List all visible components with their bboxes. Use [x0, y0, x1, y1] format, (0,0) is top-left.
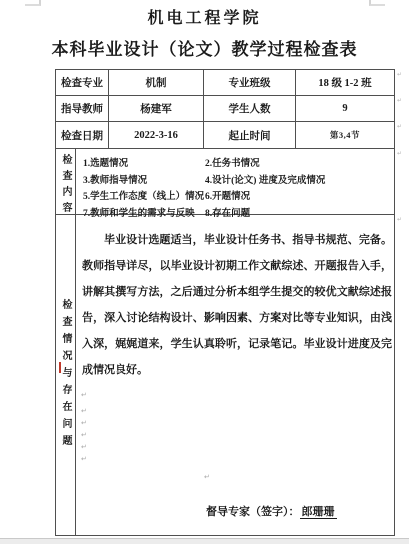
empty-line-mark: ↵ [81, 456, 87, 463]
empty-line-mark: ↵ [81, 432, 87, 439]
value-major-class: 18 级 1-2 班 [296, 70, 394, 96]
check-item-6: 6.开题情况 [205, 189, 394, 206]
label-advisor: 指导教师 [56, 96, 109, 122]
check-content-section: 检查内容 1.选题情况 2.任务书情况 3.教师指导情况 4.设计(论文) 进度… [56, 148, 394, 214]
value-check-major: 机制 [109, 70, 204, 96]
info-rows: 检查专业 机制 专业班级 18 级 1-2 班 指导教师 杨建军 学生人数 9 … [56, 70, 394, 148]
check-result-body: 毕业设计选题适当，毕业设计任务书、指导书规范、完备。教师指导详尽，以毕业设计初期… [76, 215, 394, 535]
empty-line-mark: ↵ [81, 392, 87, 399]
check-item-2: 2.任务书情况 [205, 156, 394, 173]
check-item-1: 1.选题情况 [83, 156, 205, 173]
signature-line: 督导专家（签字）：郎珊珊 [206, 503, 337, 519]
check-content-label-cell: 检查内容 [56, 149, 76, 222]
inspection-form-table: 检查专业 机制 专业班级 18 级 1-2 班 指导教师 杨建军 学生人数 9 … [55, 69, 395, 536]
signature-label: 督导专家（签字）： [206, 506, 300, 518]
form-title: 本科毕业设计（论文）教学过程检查表 [0, 35, 409, 60]
check-result-paragraph: 毕业设计选题适当，毕业设计任务书、指导书规范、完备。教师指导详尽，以毕业设计初期… [82, 227, 392, 383]
check-content-label: 检查内容 [58, 154, 73, 218]
check-item-3: 3.教师指导情况 [83, 173, 205, 190]
row-end-mark: ↵ [397, 97, 402, 104]
label-student-count: 学生人数 [204, 96, 296, 122]
label-major-class: 专业班级 [204, 70, 296, 96]
centered-line-mark: ↵ [204, 474, 210, 481]
row-end-mark: ↵ [397, 216, 402, 223]
document-header: 机电工程学院 本科毕业设计（论文）教学过程检查表 [0, 5, 409, 60]
check-result-section: 检查情况与存在问题 毕业设计选题适当，毕业设计任务书、指导书规范、完备。教师指导… [56, 214, 394, 535]
empty-line-mark: ↵ [81, 420, 87, 427]
row-end-mark: ↵ [397, 71, 402, 78]
check-content-items: 1.选题情况 2.任务书情况 3.教师指导情况 4.设计(论文) 进度及完成情况… [76, 149, 394, 222]
value-check-date: 2022-3-16 [109, 122, 204, 148]
label-check-date: 检查日期 [56, 122, 109, 148]
check-result-label: 检查情况与存在问题 [58, 299, 73, 452]
page-bottom-edge [0, 538, 409, 544]
signature-name: 郎珊珊 [300, 506, 337, 519]
check-item-5: 5.学生工作态度（线上）情况 [83, 189, 205, 206]
document-page: 机电工程学院 本科毕业设计（论文）教学过程检查表 检查专业 机制 专业班级 18… [0, 0, 409, 544]
value-time-range: 第3,4节 [296, 122, 394, 148]
value-advisor: 杨建军 [109, 96, 204, 122]
check-item-4: 4.设计(论文) 进度及完成情况 [205, 173, 394, 190]
empty-line-mark: ↵ [81, 444, 87, 451]
spellcheck-mark [59, 362, 61, 373]
label-time-range: 起止时间 [204, 122, 296, 148]
value-student-count: 9 [296, 96, 394, 122]
paragraph-end-mark: ↵ [116, 369, 122, 376]
department-title: 机电工程学院 [0, 5, 409, 28]
row-end-mark: ↵ [397, 150, 402, 157]
label-check-major: 检查专业 [56, 70, 109, 96]
check-result-label-cell: 检查情况与存在问题 [56, 215, 76, 535]
empty-line-mark: ↵ [81, 408, 87, 415]
row-end-mark: ↵ [397, 123, 402, 130]
